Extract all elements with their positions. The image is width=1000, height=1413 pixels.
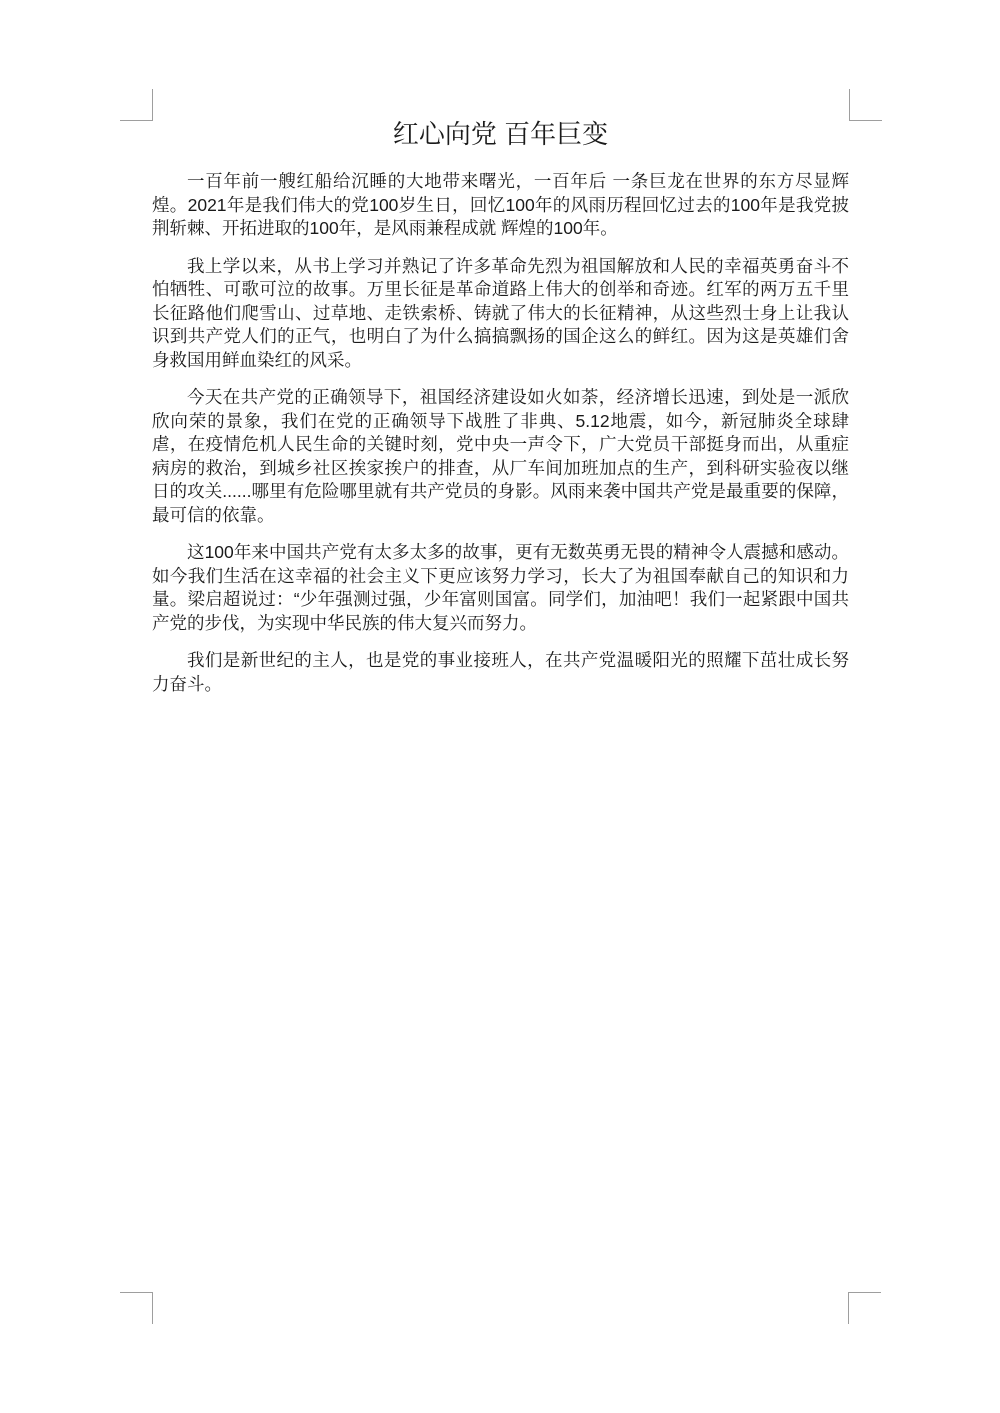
paragraph-4: 这100年来中国共产党有太多太多的故事，更有无数英勇无畏的精神令人震撼和感动。如… — [152, 541, 849, 635]
document-page: 红心向党 百年巨变 一百年前一艘红船给沉睡的大地带来曙光，一百年后 一条巨龙在世… — [0, 0, 1000, 1413]
text-boundary-mark-top-left — [120, 89, 153, 121]
paragraph-3: 今天在共产党的正确领导下，祖国经济建设如火如荼，经济增长迅速，到处是一派欣欣向荣… — [152, 386, 849, 527]
paragraph-5: 我们是新世纪的主人，也是党的事业接班人，在共产党温暖阳光的照耀下茁壮成长努力奋斗… — [152, 649, 849, 696]
document-content: 红心向党 百年巨变 一百年前一艘红船给沉睡的大地带来曙光，一百年后 一条巨龙在世… — [152, 116, 849, 710]
paragraph-1: 一百年前一艘红船给沉睡的大地带来曙光，一百年后 一条巨龙在世界的东方尽显辉煌。2… — [152, 170, 849, 241]
document-title: 红心向党 百年巨变 — [152, 116, 849, 152]
text-boundary-mark-bottom-right — [848, 1292, 881, 1324]
text-boundary-mark-bottom-left — [120, 1292, 153, 1324]
paragraph-2: 我上学以来，从书上学习并熟记了许多革命先烈为祖国解放和人民的幸福英勇奋斗不怕牺牲… — [152, 255, 849, 373]
text-boundary-mark-top-right — [849, 89, 882, 121]
